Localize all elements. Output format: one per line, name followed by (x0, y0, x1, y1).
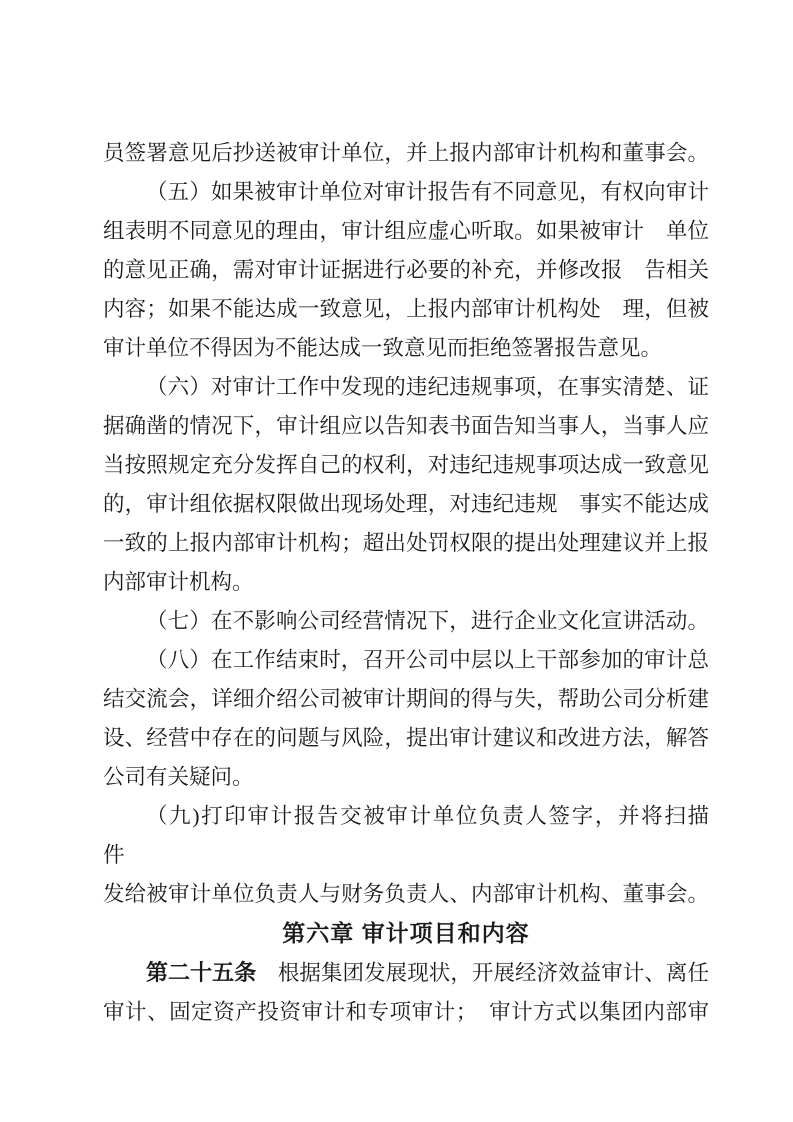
text-line: （七）在不影响公司经营情况下，进行企业文化宣讲活动。 (103, 602, 709, 641)
document-body: 员签署意见后抄送被审计单位，并上报内部审计机构和董事会。 （五）如果被审计单位对… (103, 134, 709, 1032)
text-line: 一致的上报内部审计机构；超出处罚权限的提出处理建议并上报 (103, 524, 709, 563)
text-line: 内部审计机构。 (103, 563, 709, 602)
text-line: （八）在工作结束时，召开公司中层以上干部参加的审计总 (103, 641, 709, 680)
text-line: 结交流会，详细介绍公司被审计期间的得与失，帮助公司分析建 (103, 680, 709, 719)
text-line: 发给被审计单位负责人与财务负责人、内部审计机构、董事会。 (103, 875, 709, 914)
text-line: 公司有关疑问。 (103, 758, 709, 797)
text-line: 审计单位不得因为不能达成一致意见而拒绝签署报告意见。 (103, 329, 709, 368)
article-number: 第二十五条 (146, 960, 256, 985)
chapter-heading: 第六章 审计项目和内容 (103, 914, 709, 953)
text-line: 据确凿的情况下，审计组应以告知表书面告知当事人，当事人应 (103, 407, 709, 446)
text-line: 当按照规定充分发挥自己的权利，对违纪违规事项达成一致意见 (103, 446, 709, 485)
article-first-line: 第二十五条 根据集团发展现状，开展经济效益审计、离任 (103, 953, 709, 993)
text-line: 组表明不同意见的理由，审计组应虚心听取。如果被审计 单位 (103, 212, 709, 251)
article-text: 根据集团发展现状，开展经济效益审计、离任 (256, 961, 709, 985)
text-line: （五）如果被审计单位对审计报告有不同意见，有权向审计 (103, 173, 709, 212)
text-line: （六）对审计工作中发现的违纪违规事项，在事实清楚、证 (103, 368, 709, 407)
text-line: 设、经营中存在的问题与风险，提出审计建议和改进方法，解答 (103, 719, 709, 758)
text-line: 审计、固定资产投资审计和专项审计； 审计方式以集团内部审 (103, 993, 709, 1032)
text-line: 员签署意见后抄送被审计单位，并上报内部审计机构和董事会。 (103, 134, 709, 173)
text-line: 的，审计组依据权限做出现场处理，对违纪违规 事实不能达成 (103, 485, 709, 524)
text-line: 的意见正确，需对审计证据进行必要的补充，并修改报 告相关 (103, 251, 709, 290)
text-line: （九)打印审计报告交被审计单位负责人签字，并将扫描 件 (103, 797, 709, 875)
document-page: 员签署意见后抄送被审计单位，并上报内部审计机构和董事会。 （五）如果被审计单位对… (0, 0, 793, 1122)
text-line: 内容；如果不能达成一致意见，上报内部审计机构处 理，但被 (103, 290, 709, 329)
